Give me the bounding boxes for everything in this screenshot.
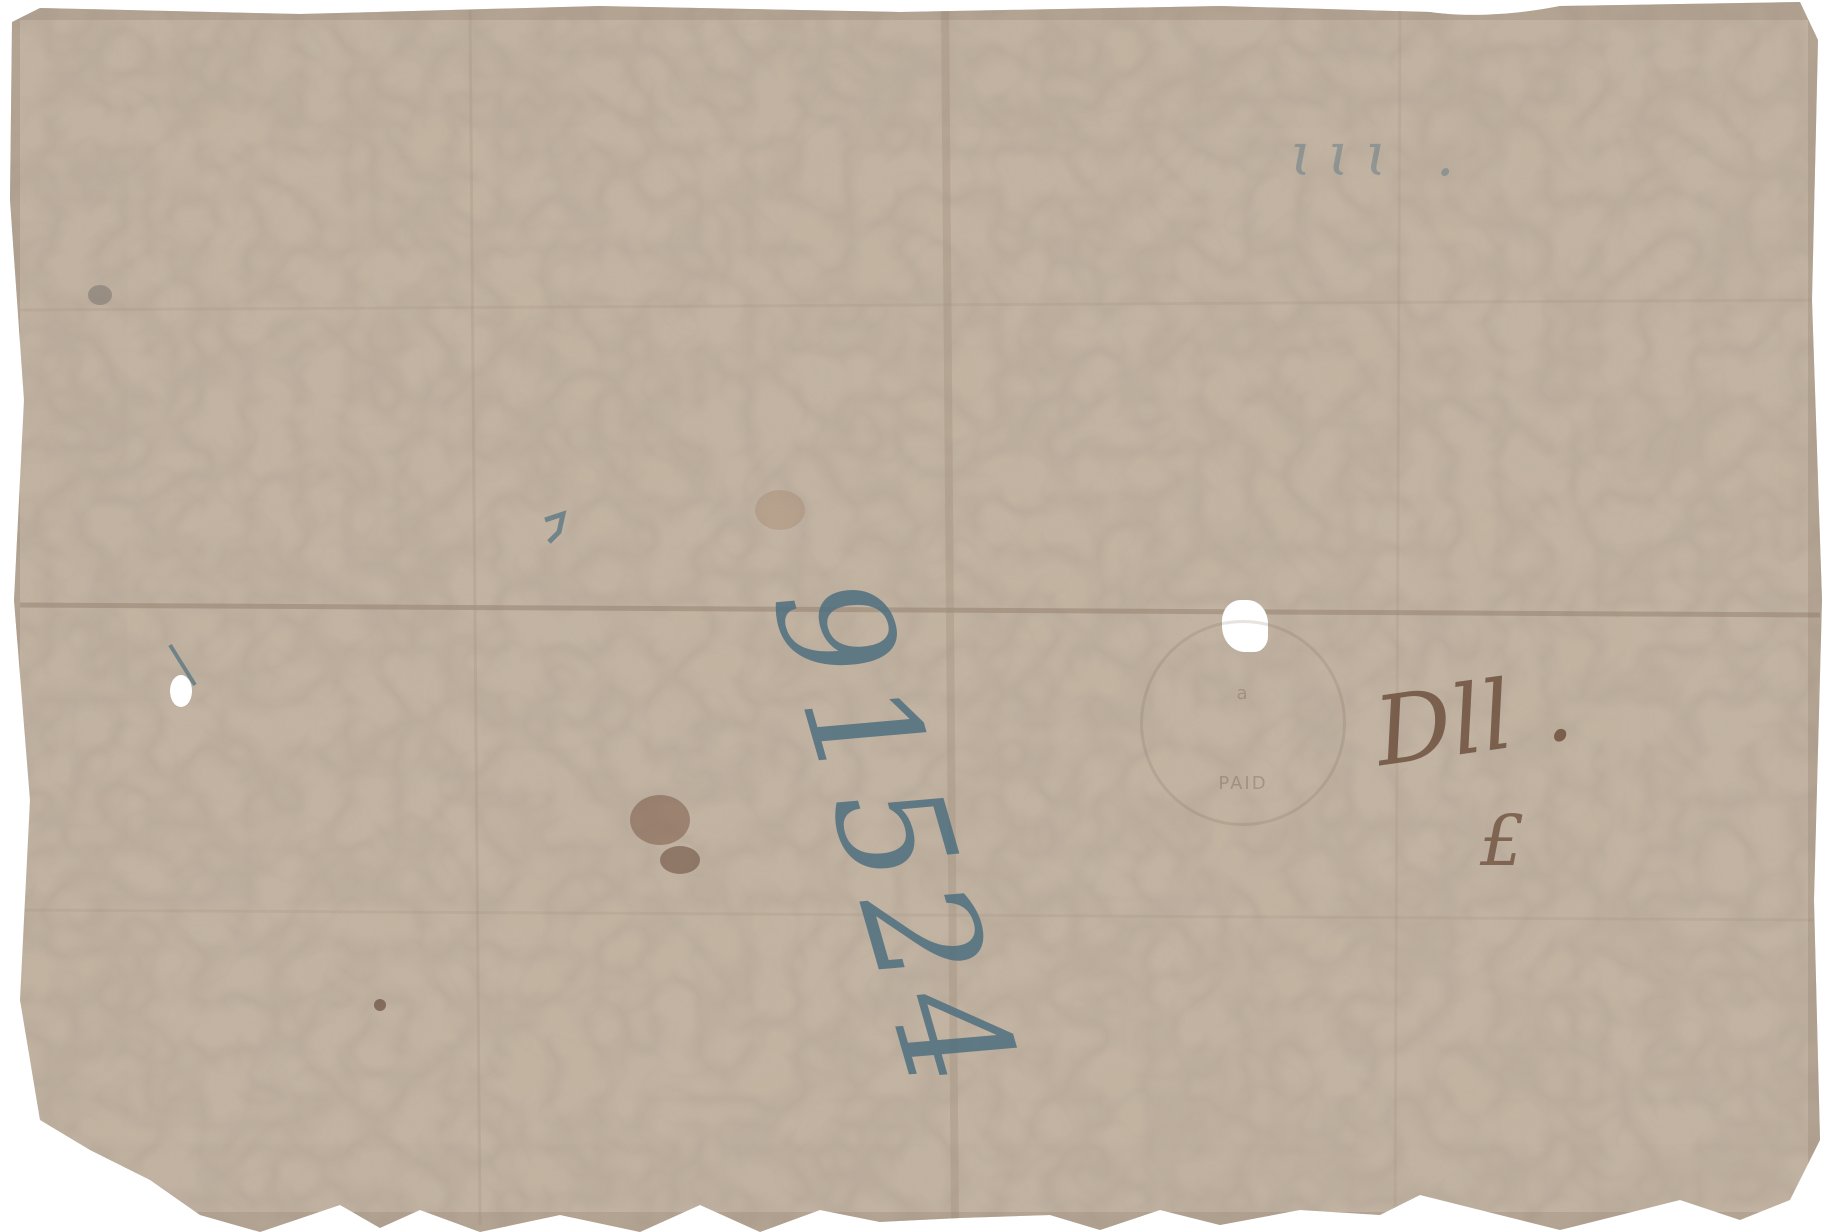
embossed-stamp: a PAID [1140, 620, 1346, 826]
stamp-line-1: a [1143, 683, 1343, 704]
paper-texture [0, 0, 1828, 1232]
paper-document: a PAID 91524 ɩɩɩ . Dll . £ [0, 0, 1828, 1232]
paper-hole [170, 675, 192, 707]
stamp-line-2: PAID [1143, 773, 1343, 794]
